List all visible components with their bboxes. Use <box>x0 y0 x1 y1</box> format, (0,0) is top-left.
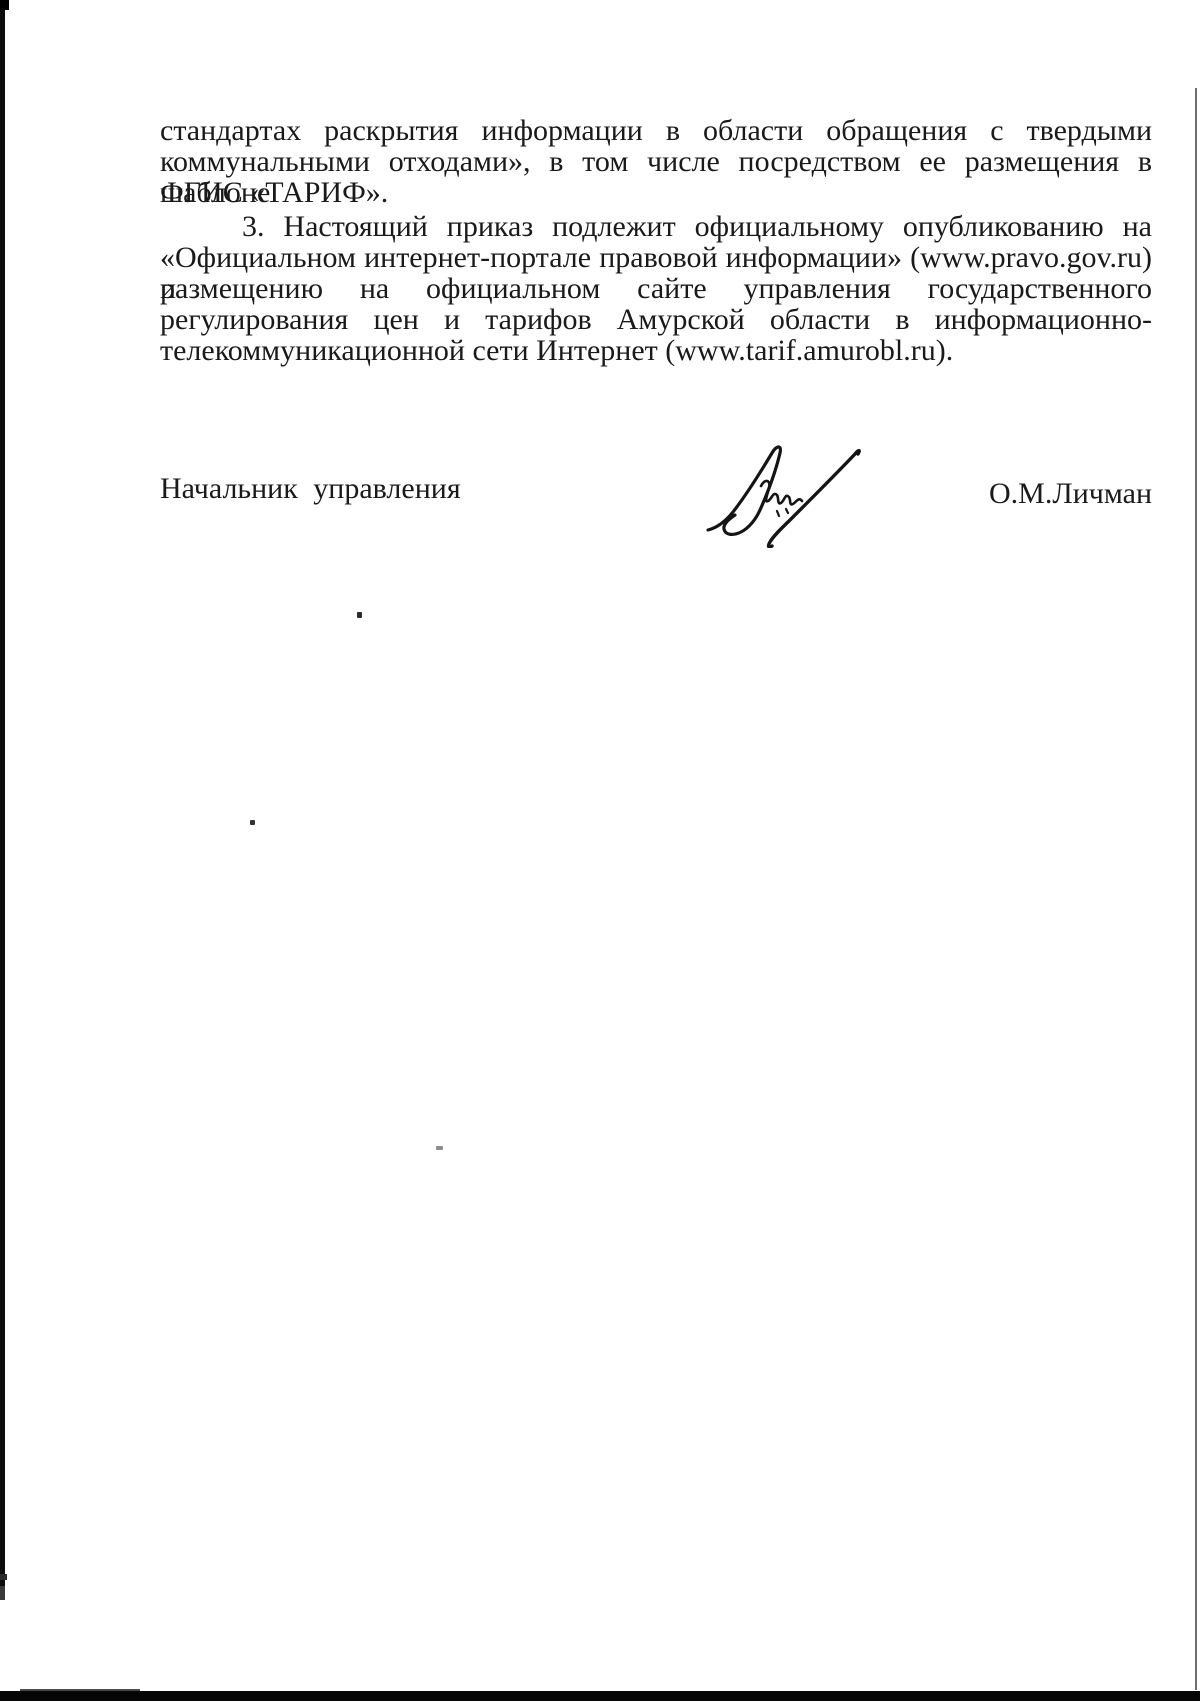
scan-speck <box>357 612 362 618</box>
text-line: регулирования цен и тарифов Амурской обл… <box>160 304 1152 335</box>
paragraph-item-3: 3. Настоящий приказ подлежит официальном… <box>160 211 1152 366</box>
scanned-document-page: стандартах раскрытия информации в област… <box>0 0 1200 1701</box>
text-line: ФГИС «ТАРИФ». <box>160 177 1152 208</box>
text-line: размещению на официальном сайте управлен… <box>160 273 1152 304</box>
scan-artifact-right-edge-line <box>1195 88 1197 1690</box>
text-line: коммунальными отходами», в том числе пос… <box>160 146 1152 177</box>
scan-artifact-left-mark <box>0 1574 7 1580</box>
text-line: телекоммуникационной сети Интернет (www.… <box>160 335 1152 366</box>
text-line: стандартах раскрытия информации в област… <box>160 115 1152 146</box>
scan-speck <box>250 820 255 825</box>
scan-speck <box>436 1146 443 1150</box>
text-line: «Официальном интернет-портале правовой и… <box>160 242 1152 273</box>
scan-artifact-bottom-edge-band <box>0 1691 1200 1701</box>
scan-artifact-left-edge-line <box>0 0 5 1592</box>
handwritten-signature-icon <box>698 440 870 548</box>
scan-artifact-left-tick <box>0 1586 5 1600</box>
paragraph-continuation: стандартах раскрытия информации в област… <box>160 115 1152 208</box>
text-line: 3. Настоящий приказ подлежит официальном… <box>160 211 1152 242</box>
signature-block: Начальник управления О.М.Личман <box>160 473 1152 504</box>
signatory-name: О.М.Личман <box>989 478 1152 509</box>
document-body: стандартах раскрытия информации в област… <box>160 115 1152 366</box>
signatory-position-title: Начальник управления <box>160 473 461 504</box>
scan-artifact-top-left-corner <box>0 0 9 10</box>
